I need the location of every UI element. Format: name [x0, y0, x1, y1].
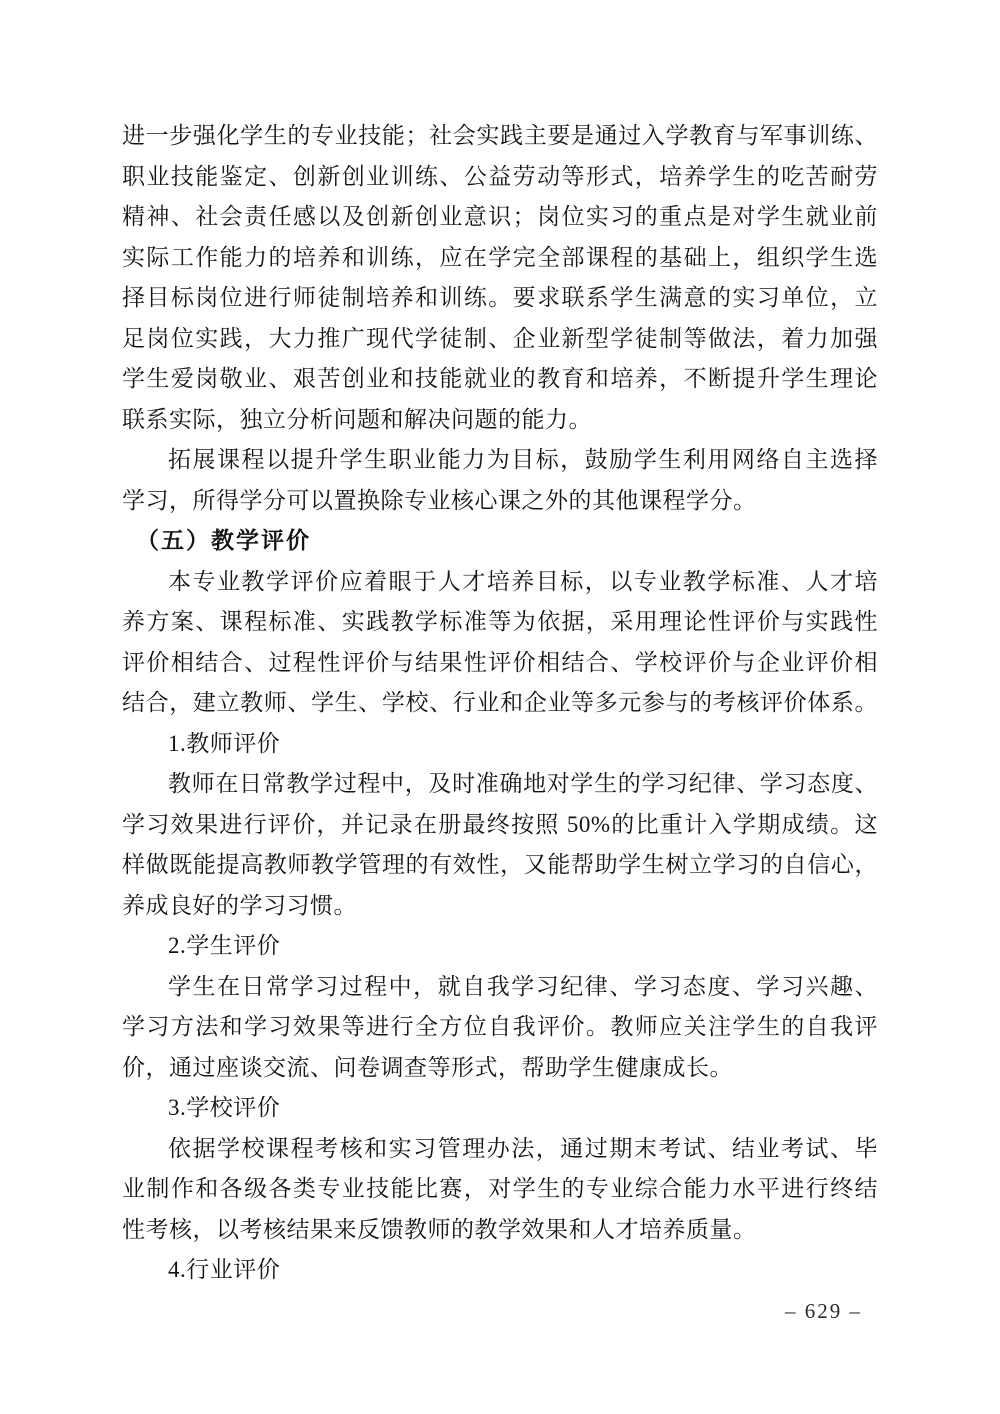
- text-line: 性考核，以考核结果来反馈教师的教学效果和人才培养质量。: [122, 1210, 878, 1251]
- document-page: { "document": { "language": "zh-CN", "se…: [0, 0, 1000, 1414]
- text-line: 价，通过座谈交流、问卷调查等形式，帮助学生健康成长。: [122, 1048, 878, 1089]
- text-line: 依据学校课程考核和实习管理办法，通过期末考试、结业考试、毕: [122, 1129, 878, 1170]
- text-line: 样做既能提高教师教学管理的有效性，又能帮助学生树立学习的自信心，: [122, 845, 878, 886]
- list-item: 4.行业评价: [122, 1250, 878, 1291]
- text-line: 本专业教学评价应着眼于人才培养目标，以专业教学标准、人才培: [122, 562, 878, 603]
- paragraph: 拓展课程以提升学生职业能力为目标，鼓励学生利用网络自主选择学习，所得学分可以置换…: [122, 440, 878, 521]
- text-line: 教师在日常教学过程中，及时准确地对学生的学习纪律、学习态度、: [122, 764, 878, 805]
- list-item: 2.学生评价: [122, 926, 878, 967]
- paragraph: 进一步强化学生的专业技能；社会实践主要是通过入学教育与军事训练、职业技能鉴定、创…: [122, 116, 878, 440]
- text-line: 学习效果进行评价，并记录在册最终按照 50%的比重计入学期成绩。这: [122, 805, 878, 846]
- paragraph: 教师在日常教学过程中，及时准确地对学生的学习纪律、学习态度、学习效果进行评价，并…: [122, 764, 878, 926]
- text-line: 结合，建立教师、学生、学校、行业和企业等多元参与的考核评价体系。: [122, 683, 878, 724]
- text-line: 养成良好的学习习惯。: [122, 886, 878, 927]
- text-line: 2.学生评价: [122, 926, 878, 967]
- text-line: 足岗位实践，大力推广现代学徒制、企业新型学徒制等做法，着力加强: [122, 319, 878, 360]
- text-line: 4.行业评价: [122, 1250, 878, 1291]
- text-line: 评价相结合、过程性评价与结果性评价相结合、学校评价与企业评价相: [122, 643, 878, 684]
- text-line: 择目标岗位进行师徒制培养和训练。要求联系学生满意的实习单位，立: [122, 278, 878, 319]
- text-line: 学习方法和学习效果等进行全方位自我评价。教师应关注学生的自我评: [122, 1007, 878, 1048]
- list-item: 1.教师评价: [122, 724, 878, 765]
- text-line: 精神、社会责任感以及创新创业意识；岗位实习的重点是对学生就业前: [122, 197, 878, 238]
- page-number: – 629 –: [785, 1296, 862, 1326]
- text-line: 联系实际，独立分析问题和解决问题的能力。: [122, 400, 878, 441]
- paragraph: 学生在日常学习过程中，就自我学习纪律、学习态度、学习兴趣、学习方法和学习效果等进…: [122, 967, 878, 1089]
- text-line: 学生在日常学习过程中，就自我学习纪律、学习态度、学习兴趣、: [122, 967, 878, 1008]
- text-line: 进一步强化学生的专业技能；社会实践主要是通过入学教育与军事训练、: [122, 116, 878, 157]
- section-heading: （五）教学评价: [122, 521, 878, 562]
- text-line: 3.学校评价: [122, 1088, 878, 1129]
- list-item: 3.学校评价: [122, 1088, 878, 1129]
- text-line: 拓展课程以提升学生职业能力为目标，鼓励学生利用网络自主选择: [122, 440, 878, 481]
- text-line: 职业技能鉴定、创新创业训练、公益劳动等形式，培养学生的吃苦耐劳: [122, 157, 878, 198]
- text-line: 学生爱岗敬业、艰苦创业和技能就业的教育和培养，不断提升学生理论: [122, 359, 878, 400]
- text-line: 实际工作能力的培养和训练，应在学完全部课程的基础上，组织学生选: [122, 238, 878, 279]
- paragraph: 依据学校课程考核和实习管理办法，通过期末考试、结业考试、毕业制作和各级各类专业技…: [122, 1129, 878, 1251]
- text-line: （五）教学评价: [122, 521, 878, 562]
- document-body: 进一步强化学生的专业技能；社会实践主要是通过入学教育与军事训练、职业技能鉴定、创…: [122, 116, 878, 1291]
- text-line: 1.教师评价: [122, 724, 878, 765]
- text-line: 业制作和各级各类专业技能比赛，对学生的专业综合能力水平进行终结: [122, 1169, 878, 1210]
- text-line: 学习，所得学分可以置换除专业核心课之外的其他课程学分。: [122, 481, 878, 522]
- paragraph: 本专业教学评价应着眼于人才培养目标，以专业教学标准、人才培养方案、课程标准、实践…: [122, 562, 878, 724]
- text-line: 养方案、课程标准、实践教学标准等为依据，采用理论性评价与实践性: [122, 602, 878, 643]
